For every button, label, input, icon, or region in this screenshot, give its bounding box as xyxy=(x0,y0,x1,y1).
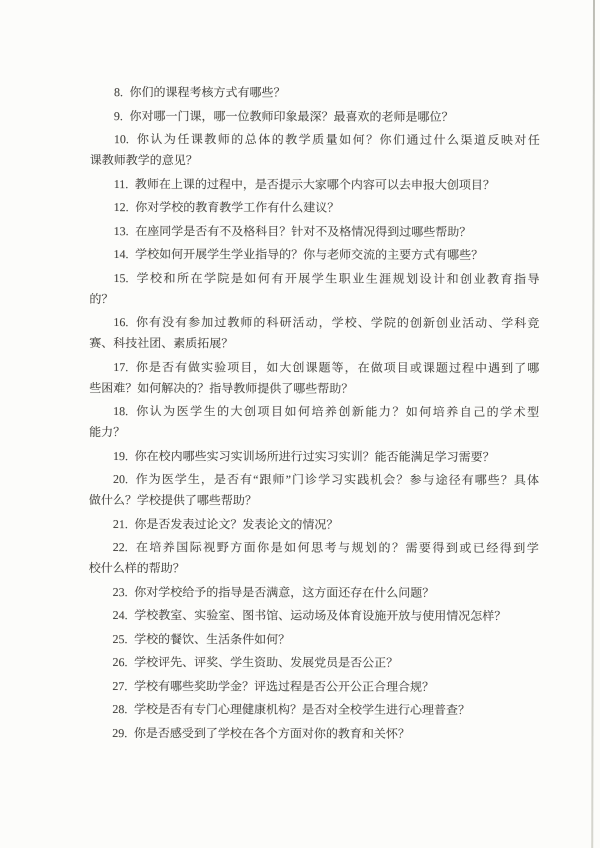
question-number: 25. xyxy=(113,632,128,646)
question-line: 19.你在校内哪些实习实训场所进行过实习实训？能否能满足学习需要？ xyxy=(89,445,539,467)
question-number: 15. xyxy=(113,271,128,285)
question-item: 27.学校有哪些奖助学金？评选过程是否公开公正合理合规？ xyxy=(88,675,538,697)
question-text: 在培养国际视野方面你是如何思考与规划的？需要得到或已经得到学 xyxy=(134,540,538,555)
question-text: 你对学校给予的指导是否满意，这方面还存在什么问题？ xyxy=(134,585,434,600)
question-text: 学校教室、实验室、图书馆、运动场及体育设施开放与使用情况怎样？ xyxy=(134,608,506,623)
question-line: 10.你认为任课教师的总体的教学质量如何？你们通过什么渠道反映对任 xyxy=(90,129,540,151)
question-number: 26. xyxy=(112,655,127,669)
question-item: 23.你对学校给予的指导是否满意，这方面还存在什么问题？ xyxy=(89,581,539,603)
question-number: 14. xyxy=(114,247,129,261)
question-number: 23. xyxy=(113,585,128,599)
question-item: 28.学校是否有专门心理健康机构？是否对全校学生进行心理普查？ xyxy=(88,699,538,721)
question-text: 你对哪一门课，哪一位教师印象最深？最喜欢的老师是哪位？ xyxy=(129,109,453,124)
question-text: 学校的餐饮、生活条件如何？ xyxy=(134,632,290,646)
question-number: 20. xyxy=(113,472,128,486)
question-item: 15.学校和所在学院是如何有开展学生职业生涯规划设计和创业教育指导的？ xyxy=(89,267,539,310)
question-text: 学校评先、评奖、学生资助、发展党员是否公正？ xyxy=(134,655,398,670)
question-line: 校什么样的帮助？ xyxy=(89,558,539,580)
question-line: 11.教师在上课的过程中，是否提示大家哪个内容可以去申报大创项目？ xyxy=(90,173,540,195)
question-text: 你们的课程考核方式有哪些？ xyxy=(130,85,286,99)
question-text: 作为医学生，是否有“跟师”门诊学习实践机会？参与途径有哪些？具体 xyxy=(135,472,539,487)
question-line: 21.你是否发表过论文？发表论文的情况？ xyxy=(89,513,539,535)
question-list: 8.你们的课程考核方式有哪些？9.你对哪一门课，哪一位教师印象最深？最喜欢的老师… xyxy=(88,82,540,747)
question-line: 9.你对哪一门课，哪一位教师印象最深？最喜欢的老师是哪位？ xyxy=(90,105,540,127)
question-text: 你在校内哪些实习实训场所进行过实习实训？能否能满足学习需要？ xyxy=(135,449,495,464)
question-item: 18.你认为医学生的大创项目如何培养创新能力？如何培养自己的学术型能力？ xyxy=(89,401,539,444)
question-text: 你是否感受到了学校在各个方面对你的教育和关怀？ xyxy=(134,726,410,741)
question-line: 17.你是否有做实验项目，如大创课题等，在做项目或课题过程中遇到了哪 xyxy=(89,356,539,378)
question-item: 12.你对学校的教育教学工作有什么建议？ xyxy=(90,197,540,219)
question-item: 11.教师在上课的过程中，是否提示大家哪个内容可以去申报大创项目？ xyxy=(90,173,540,195)
question-item: 14.学校如何开展学生学业指导的？你与老师交流的主要方式有哪些？ xyxy=(90,244,540,266)
question-text: 你是否有做实验项目，如大创课题等，在做项目或课题过程中遇到了哪 xyxy=(135,360,539,375)
question-number: 9. xyxy=(114,109,123,123)
question-number: 19. xyxy=(113,449,128,463)
question-item: 17.你是否有做实验项目，如大创课题等，在做项目或课题过程中遇到了哪些困难？如何… xyxy=(89,356,539,399)
question-item: 25.学校的餐饮、生活条件如何？ xyxy=(89,628,539,650)
question-number: 29. xyxy=(112,726,127,740)
question-line: 16.你有没有参加过教师的科研活动，学校、学院的创新创业活动、学科竞 xyxy=(89,312,539,334)
question-text: 教师在上课的过程中，是否提示大家哪个内容可以去申报大创项目？ xyxy=(135,177,495,192)
question-number: 10. xyxy=(114,132,129,146)
question-text: 学校是否有专门心理健康机构？是否对全校学生进行心理普查？ xyxy=(134,702,470,717)
question-line: 27.学校有哪些奖助学金？评选过程是否公开公正合理合规？ xyxy=(88,675,538,697)
question-line: 课教师教学的意见？ xyxy=(90,150,540,172)
question-number: 21. xyxy=(113,517,128,531)
question-text: 你认为医学生的大创项目如何培养创新能力？如何培养自己的学术型 xyxy=(135,404,539,419)
question-text: 你有没有参加过教师的科研活动，学校、学院的创新创业活动、学科竞 xyxy=(135,315,539,330)
question-number: 24. xyxy=(113,608,128,622)
question-line: 做什么？学校提供了哪些帮助？ xyxy=(89,490,539,512)
question-text: 你对学校的教育教学工作有什么建议？ xyxy=(135,200,339,215)
question-line: 20.作为医学生，是否有“跟师”门诊学习实践机会？参与途径有哪些？具体 xyxy=(89,469,539,491)
question-number: 17. xyxy=(113,360,128,374)
question-number: 12. xyxy=(114,200,129,214)
question-number: 22. xyxy=(113,540,128,554)
question-line: 26.学校评先、评奖、学生资助、发展党员是否公正？ xyxy=(88,652,538,674)
question-line: 25.学校的餐饮、生活条件如何？ xyxy=(89,628,539,650)
question-item: 21.你是否发表过论文？发表论文的情况？ xyxy=(89,513,539,535)
question-number: 13. xyxy=(114,224,129,238)
scan-edge-artifact xyxy=(591,0,595,848)
question-item: 19.你在校内哪些实习实训场所进行过实习实训？能否能满足学习需要？ xyxy=(89,445,539,467)
question-text: 学校有哪些奖助学金？评选过程是否公开公正合理合规？ xyxy=(134,679,434,694)
question-line: 些困难？如何解决的？指导教师提供了哪些帮助？ xyxy=(89,377,539,399)
question-text: 学校如何开展学生学业指导的？你与老师交流的主要方式有哪些？ xyxy=(135,247,483,262)
question-line: 28.学校是否有专门心理健康机构？是否对全校学生进行心理普查？ xyxy=(88,699,538,721)
question-item: 16.你有没有参加过教师的科研活动，学校、学院的创新创业活动、学科竞赛、科技社团… xyxy=(89,312,539,355)
question-item: 22.在培养国际视野方面你是如何思考与规划的？需要得到或已经得到学校什么样的帮助… xyxy=(89,537,539,580)
question-item: 9.你对哪一门课，哪一位教师印象最深？最喜欢的老师是哪位？ xyxy=(90,105,540,127)
question-line: 18.你认为医学生的大创项目如何培养创新能力？如何培养自己的学术型 xyxy=(89,401,539,423)
question-line: 的？ xyxy=(89,288,539,310)
question-item: 29.你是否感受到了学校在各个方面对你的教育和关怀？ xyxy=(88,722,538,744)
question-line: 15.学校和所在学院是如何有开展学生职业生涯规划设计和创业教育指导 xyxy=(89,267,539,289)
question-item: 13.在座同学是否有不及格科目？针对不及格情况得到过哪些帮助？ xyxy=(90,220,540,242)
question-line: 赛、科技社团、素质拓展？ xyxy=(89,333,539,355)
question-line: 24.学校教室、实验室、图书馆、运动场及体育设施开放与使用情况怎样？ xyxy=(89,605,539,627)
question-item: 10.你认为任课教师的总体的教学质量如何？你们通过什么渠道反映对任课教师教学的意… xyxy=(90,129,540,172)
question-item: 8.你们的课程考核方式有哪些？ xyxy=(90,82,540,104)
question-line: 22.在培养国际视野方面你是如何思考与规划的？需要得到或已经得到学 xyxy=(89,537,539,559)
question-text: 你认为任课教师的总体的教学质量如何？你们通过什么渠道反映对任 xyxy=(135,132,539,147)
question-text: 你是否发表过论文？发表论文的情况？ xyxy=(134,517,338,532)
question-line: 13.在座同学是否有不及格科目？针对不及格情况得到过哪些帮助？ xyxy=(90,220,540,242)
question-number: 16. xyxy=(113,315,128,329)
question-line: 能力？ xyxy=(89,422,539,444)
question-line: 8.你们的课程考核方式有哪些？ xyxy=(90,82,540,104)
question-item: 20.作为医学生，是否有“跟师”门诊学习实践机会？参与途径有哪些？具体做什么？学… xyxy=(89,469,539,512)
question-item: 24.学校教室、实验室、图书馆、运动场及体育设施开放与使用情况怎样？ xyxy=(89,605,539,627)
question-line: 14.学校如何开展学生学业指导的？你与老师交流的主要方式有哪些？ xyxy=(90,244,540,266)
question-text: 在座同学是否有不及格科目？针对不及格情况得到过哪些帮助？ xyxy=(135,224,471,239)
question-number: 8. xyxy=(114,85,123,99)
question-number: 27. xyxy=(112,679,127,693)
question-number: 18. xyxy=(113,404,128,418)
scanned-document-page: 8.你们的课程考核方式有哪些？9.你对哪一门课，哪一位教师印象最深？最喜欢的老师… xyxy=(0,0,600,848)
question-number: 11. xyxy=(114,177,129,191)
question-line: 23.你对学校给予的指导是否满意，这方面还存在什么问题？ xyxy=(89,581,539,603)
question-line: 29.你是否感受到了学校在各个方面对你的教育和关怀？ xyxy=(88,722,538,744)
question-number: 28. xyxy=(112,702,127,716)
question-line: 12.你对学校的教育教学工作有什么建议？ xyxy=(90,197,540,219)
question-item: 26.学校评先、评奖、学生资助、发展党员是否公正？ xyxy=(88,652,538,674)
question-text: 学校和所在学院是如何有开展学生职业生涯规划设计和创业教育指导 xyxy=(135,271,539,286)
